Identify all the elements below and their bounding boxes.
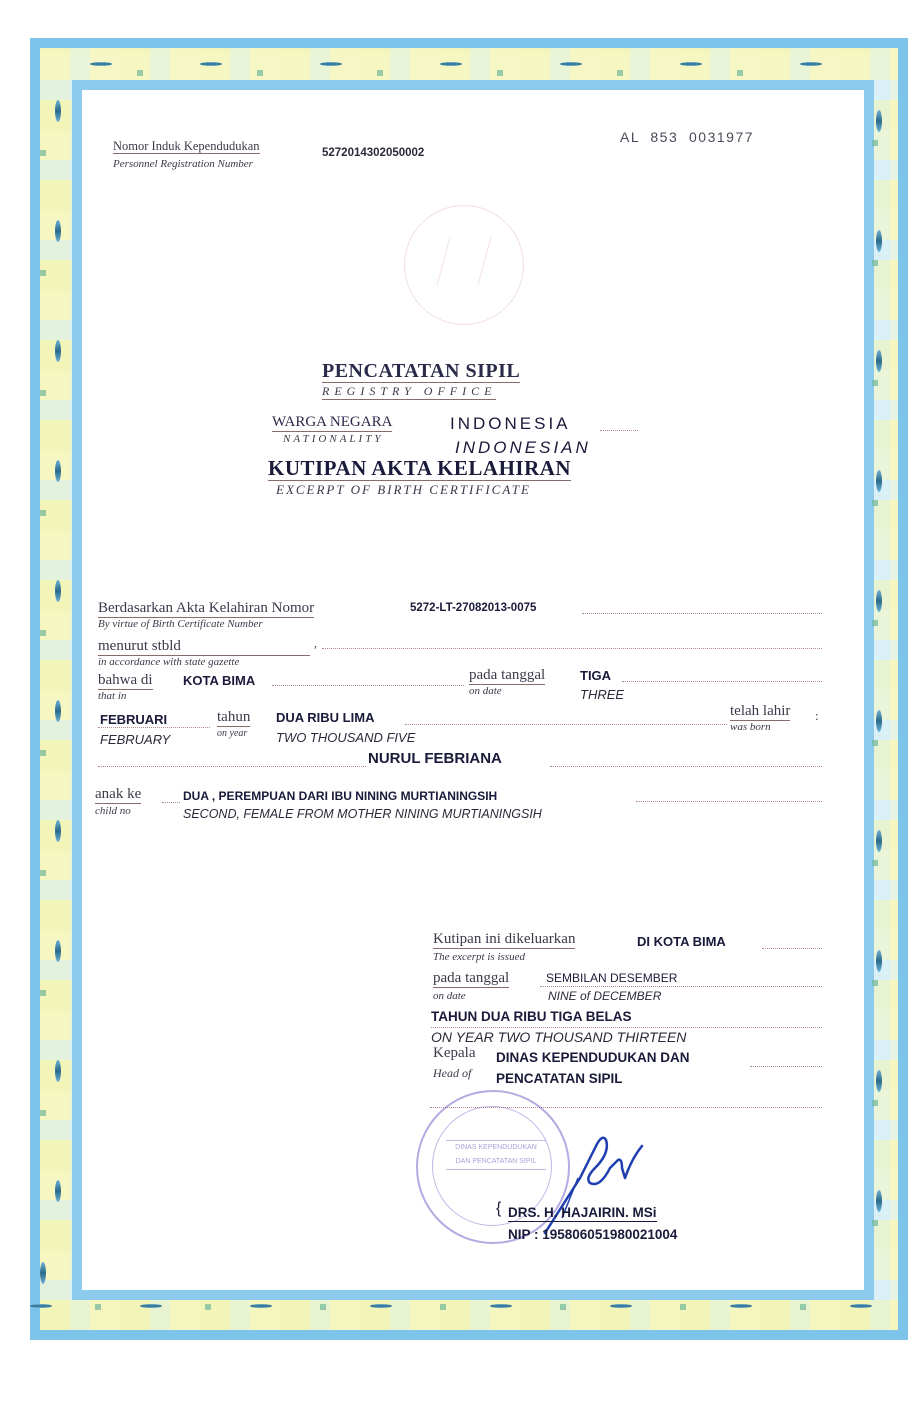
border-ornament-icon [560,62,582,66]
border-ornament-icon [876,470,882,492]
cert-number-label-en: By virtue of Birth Certificate Number [98,618,263,630]
border-dot-icon [40,1110,46,1116]
border-ornament-icon [876,350,882,372]
border-ornament-icon [320,62,342,66]
issued-date-label: pada tanggal [433,970,509,988]
head-office-dotted-line [750,1066,822,1067]
nationality-dotted-line [600,430,638,431]
issued-label-en: The excerpt is issued [433,951,525,963]
border-dot-icon [40,390,46,396]
border-ornament-icon [876,590,882,612]
signature-brace-icon: { [496,1200,501,1218]
issued-year-en: ON YEAR TWO THOUSAND THIRTEEN [431,1029,686,1045]
border-ornament-icon [55,340,61,362]
border-ornament-icon [490,1304,512,1308]
border-ornament-icon [250,1304,272,1308]
border-ornament-icon [876,710,882,732]
border-ornament-icon [876,830,882,852]
office-title-en: REGISTRY OFFICE [322,384,496,400]
border-ornament-icon [55,1180,61,1202]
head-label: Kepala [433,1045,475,1062]
birth-year-label-en: on year [217,728,247,739]
serial-number: AL 853 0031977 [620,129,754,145]
border-dot-icon [320,1304,326,1310]
border-ornament-icon [800,62,822,66]
border-dot-icon [440,1304,446,1310]
birth-date-value: TIGA [580,668,611,683]
border-ornament-icon [55,1060,61,1082]
issued-label: Kutipan ini dikeluarkan [433,931,575,949]
border-ornament-icon [876,110,882,132]
birth-year-dotted-line [405,724,727,725]
border-ornament-icon [55,220,61,242]
stbld-dotted-line [322,648,822,649]
border-ornament-icon [850,1304,872,1308]
border-dot-icon [872,260,878,266]
birth-month-dotted-line [98,727,210,728]
nationality-value: INDONESIA [450,414,571,434]
place-label: bahwa di [98,672,153,690]
nationality-label: WARGA NEGARA [272,414,392,432]
head-office-line1: DINAS KEPENDUDUKAN DAN [496,1050,690,1065]
border-ornament-icon [90,62,112,66]
nik-label-en: Personnel Registration Number [113,158,253,170]
birth-year-label: tahun [217,709,250,727]
born-colon: : [815,708,819,724]
child-order-value: DUA , PEREMPUAN DARI IBU NINING MURTIANI… [183,789,497,803]
issued-year-dotted-line [431,1027,822,1028]
stbld-separator: , [314,636,317,651]
watermark-seal-icon [404,205,524,325]
nationality-value-en: INDONESIAN [455,438,591,458]
border-ornament-icon [140,1304,162,1308]
stamp-line-2: DAN PENCATATAN SIPIL [446,1155,546,1169]
child-name: NURUL FEBRIANA [368,750,502,767]
border-dot-icon [680,1304,686,1310]
border-ornament-icon [730,1304,752,1308]
stbld-label: menurut stbld [98,638,310,656]
border-dot-icon [40,990,46,996]
nationality-label-en: NATIONALITY [283,433,383,445]
border-ornament-icon [55,700,61,722]
born-label-en: was born [730,721,771,733]
border-ornament-icon [876,230,882,252]
border-ornament-icon [55,460,61,482]
border-dot-icon [737,70,743,76]
place-dotted-line [272,685,464,686]
border-ornament-icon [55,580,61,602]
birth-year-value-en: TWO THOUSAND FIVE [276,730,415,745]
border-ornament-icon [370,1304,392,1308]
border-dot-icon [872,1100,878,1106]
border-dot-icon [205,1304,211,1310]
cert-number-value: 5272-LT-27082013-0075 [410,602,536,614]
border-dot-icon [872,740,878,746]
head-office-line2: PENCATATAN SIPIL [496,1071,623,1086]
border-dot-icon [95,1304,101,1310]
border-dot-icon [560,1304,566,1310]
border-ornament-icon [876,1190,882,1212]
head-label-en: Head of [433,1066,471,1081]
official-stamp-text: DINAS KEPENDUDUKAN DAN PENCATATAN SIPIL [446,1140,546,1170]
border-ornament-icon [40,1262,46,1284]
border-dot-icon [872,500,878,506]
birth-month-value-en: FEBRUARY [100,732,170,747]
issued-year: TAHUN DUA RIBU TIGA BELAS [431,1009,632,1024]
border-dot-icon [497,70,503,76]
border-dot-icon [872,1220,878,1226]
issued-place-dotted-line [762,948,822,949]
document-title: KUTIPAN AKTA KELAHIRAN [268,457,571,481]
official-nip: NIP : 195806051980021004 [508,1227,677,1242]
border-ornament-icon [440,62,462,66]
birth-date-label-en: on date [469,685,502,697]
issued-date: SEMBILAN DESEMBER [546,971,677,985]
place-label-en: that in [98,690,126,702]
border-ornament-icon [680,62,702,66]
border-ornament-icon [55,940,61,962]
border-ornament-icon [200,62,222,66]
border-ornament-icon [55,100,61,122]
issued-date-en: NINE of DECEMBER [548,989,661,1003]
cert-number-label: Berdasarkan Akta Kelahiran Nomor [98,600,314,618]
border-dot-icon [872,620,878,626]
birth-month-value: FEBRUARI [100,712,167,727]
border-ornament-icon [876,950,882,972]
nik-value: 5272014302050002 [322,147,424,159]
nik-label: Nomor Induk Kependudukan [113,139,260,154]
border-dot-icon [40,750,46,756]
border-dot-icon [872,140,878,146]
border-dot-icon [872,860,878,866]
issued-date-dotted-line [540,986,822,987]
birth-date-label: pada tanggal [469,667,545,685]
child-order-label-en: child no [95,805,131,817]
border-ornament-icon [876,1070,882,1092]
border-dot-icon [40,150,46,156]
border-dot-icon [377,70,383,76]
office-title: PENCATATAN SIPIL [322,360,520,383]
document-title-en: EXCERPT OF BIRTH CERTIFICATE [276,482,531,498]
child-name-dotted-line-right [550,766,822,767]
border-ornament-icon [30,1304,52,1308]
stamp-line-1: DINAS KEPENDUDUKAN [446,1141,546,1155]
cert-number-dotted-line [582,613,822,614]
birth-year-value: DUA RIBU LIMA [276,710,374,725]
issued-place: DI KOTA BIMA [637,934,726,949]
stbld-label-en: in accordance with state gazette [98,656,239,668]
child-order-value-en: SECOND, FEMALE FROM MOTHER NINING MURTIA… [183,807,542,821]
border-dot-icon [617,70,623,76]
issued-date-label-en: on date [433,990,466,1002]
border-dot-icon [137,70,143,76]
border-dot-icon [800,1304,806,1310]
border-ornament-icon [610,1304,632,1308]
official-name: DRS. H. HAJAIRIN. MSi [508,1205,657,1222]
child-order-label: anak ke [95,786,141,804]
border-dot-icon [257,70,263,76]
border-dot-icon [40,270,46,276]
place-value: KOTA BIMA [183,673,255,688]
border-dot-icon [40,870,46,876]
birth-date-value-en: THREE [580,687,624,702]
child-order-dotted-line [636,801,822,802]
border-dot-icon [872,980,878,986]
border-ornament-icon [55,820,61,842]
child-name-dotted-line-left [98,766,366,767]
border-dot-icon [872,380,878,386]
border-dot-icon [40,510,46,516]
child-order-dotted-prefix [162,802,180,803]
born-label: telah lahir [730,703,790,721]
birth-date-dotted-line [622,681,822,682]
border-dot-icon [40,630,46,636]
